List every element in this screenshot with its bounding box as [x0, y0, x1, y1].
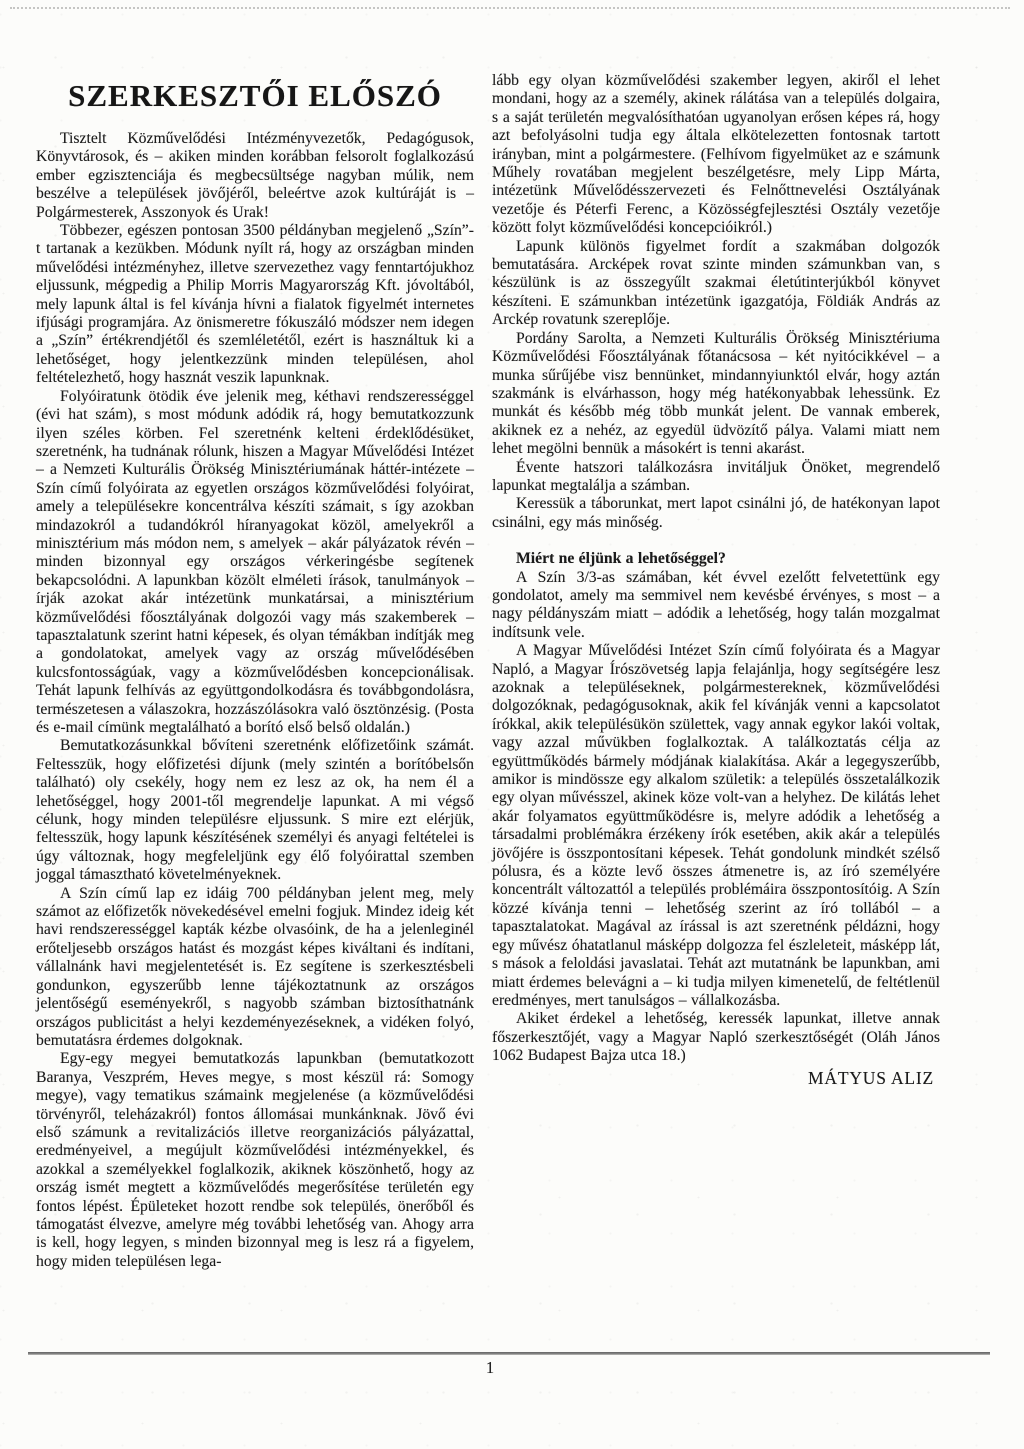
- author-signature: MÁTYUS ALIZ: [492, 1068, 934, 1089]
- page-number: 1: [470, 1358, 510, 1378]
- paragraph: Lapunk különös figyelmet fordít a szakmá…: [492, 238, 940, 330]
- page-title: SZERKESZTŐI ELŐSZÓ: [36, 78, 474, 114]
- right-column: lább egy olyan közművelődési szakember l…: [492, 72, 940, 1089]
- paragraph: Egy-egy megyei bemutatkozás lapunkban (b…: [36, 1050, 474, 1271]
- paragraph: Pordány Sarolta, a Nemzeti Kulturális Ör…: [492, 330, 940, 459]
- scan-noise-edge: [10, 7, 1010, 9]
- scanned-document-page: SZERKESZTŐI ELŐSZÓ Tisztelt Közművelődés…: [0, 0, 1024, 1449]
- paragraph: A Magyar Művelődési Intézet Szín című fo…: [492, 642, 940, 1010]
- footer-rule: [28, 1352, 990, 1355]
- left-column: SZERKESZTŐI ELŐSZÓ Tisztelt Közművelődés…: [36, 78, 474, 1271]
- paragraph: Akiket érdekel a lehetőség, keressék lap…: [492, 1010, 940, 1065]
- paragraph: Évente hatszori találkozásra invitáljuk …: [492, 459, 940, 496]
- section-heading: Miért ne éljünk a lehetőséggel?: [492, 550, 940, 568]
- paragraph: Keressük a táborunkat, mert lapot csinál…: [492, 495, 940, 532]
- paragraph: A Szín című lap ez idáig 700 példányban …: [36, 885, 474, 1051]
- paragraph-continuation: lább egy olyan közművelődési szakember l…: [492, 72, 940, 238]
- paragraph: Többezer, egészen pontosan 3500 példányb…: [36, 222, 474, 388]
- paragraph: Bemutatkozásunkkal bővíteni szeretnénk e…: [36, 737, 474, 884]
- paragraph: Tisztelt Közművelődési Intézményvezetők,…: [36, 130, 474, 222]
- paragraph: Folyóiratunk ötödik éve jelenik meg, két…: [36, 388, 474, 738]
- paragraph: A Szín 3/3-as számában, két évvel ezelőt…: [492, 569, 940, 643]
